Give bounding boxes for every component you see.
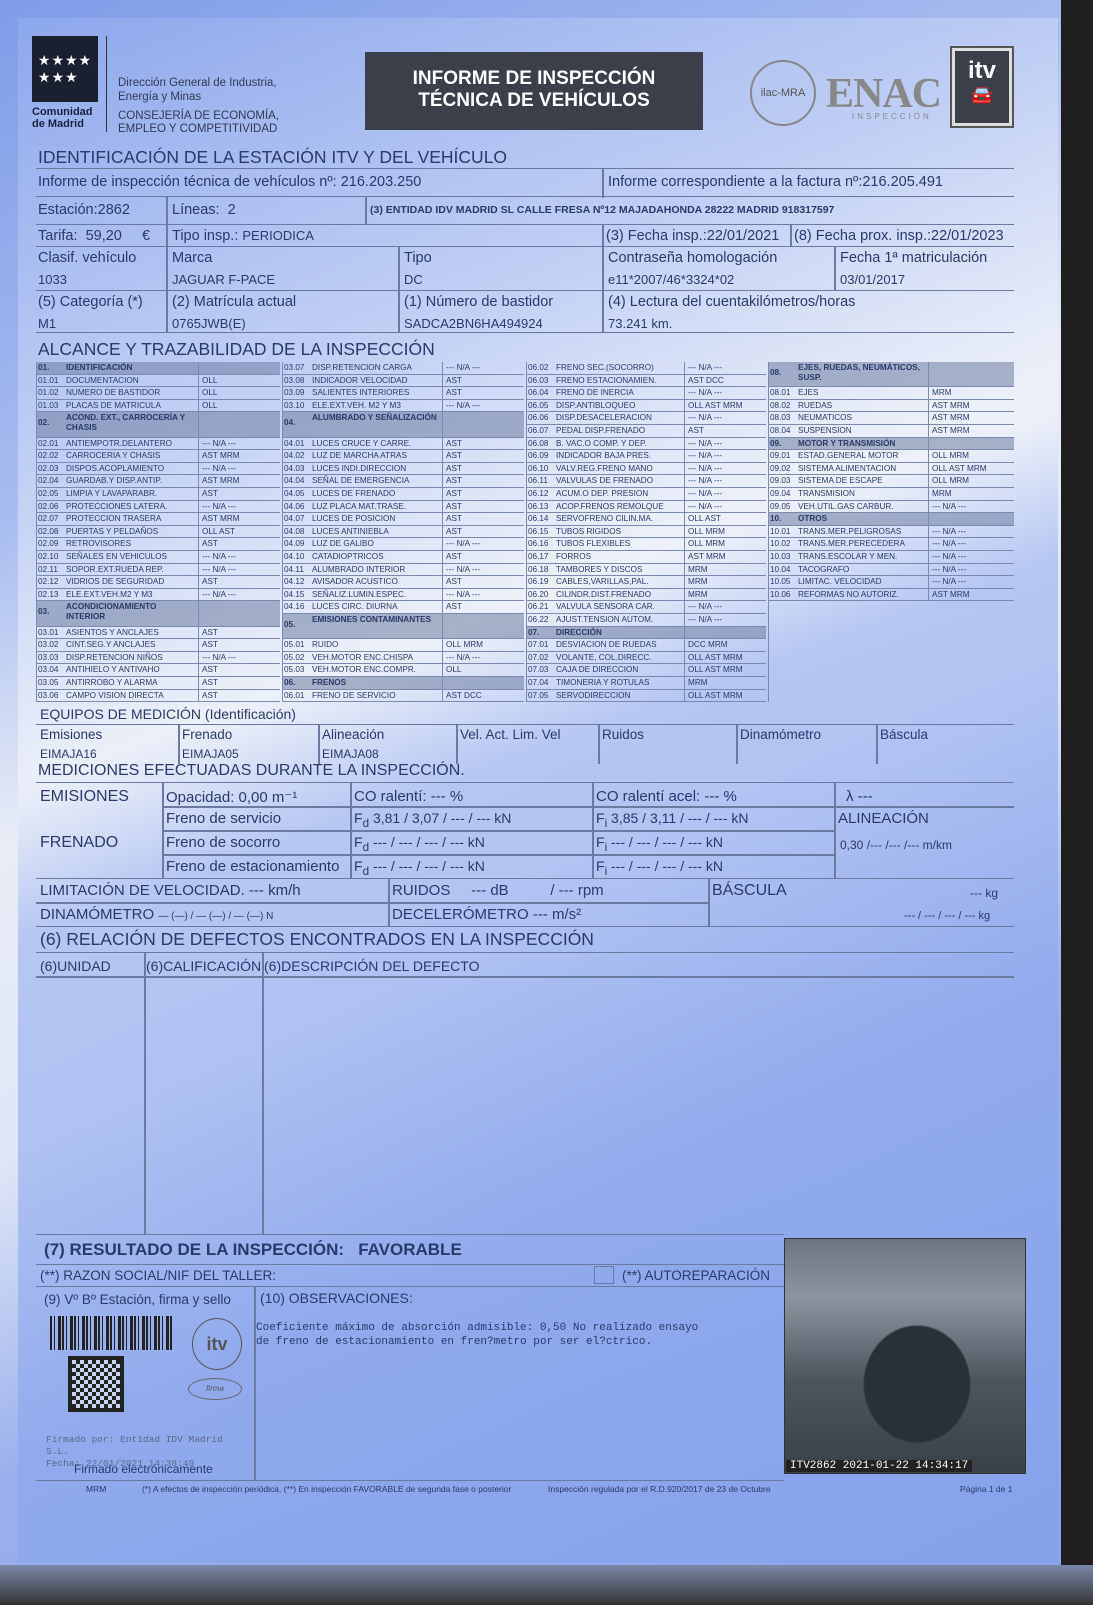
- scope-group-header: 01.IDENTIFICACIÓN: [36, 362, 280, 375]
- divider: [442, 690, 443, 702]
- scope-group-header: 08.EJES, RUEDAS, NEUMÁTICOS, SUSP.: [768, 362, 1014, 387]
- scope-item-code: 06.21: [528, 601, 549, 614]
- scope-item: 06.15TUBOS RIGIDOSOLL MRM: [526, 526, 766, 539]
- scope-item-result: AST: [202, 576, 218, 589]
- divider: [684, 627, 685, 639]
- barcode: [50, 1316, 174, 1350]
- scope-item-code: 10.02: [770, 538, 791, 551]
- scope-item: 05.01RUIDOOLL MRM: [282, 639, 524, 652]
- scope-item-code: 04.12: [284, 576, 305, 589]
- scope-item-label: SUSPENSION: [798, 425, 852, 438]
- scope-item-result: AST: [202, 690, 218, 703]
- emergency-brake-label: Freno de socorro: [166, 834, 280, 851]
- scope-item-result: --- N/A ---: [932, 576, 966, 589]
- divider: [442, 576, 443, 588]
- scope-item-result: OLL MRM: [932, 450, 969, 463]
- divider: [254, 1286, 256, 1480]
- divider: [928, 425, 929, 437]
- scope-item-code: 06.: [284, 677, 295, 690]
- scope-item: 06.04FRENO DE INERCIA--- N/A ---: [526, 387, 766, 400]
- scope-item-label: DOCUMENTACION: [66, 375, 139, 388]
- equipment-top-border: [36, 724, 1014, 725]
- scope-item-code: 07.02: [528, 652, 549, 665]
- identification-row-2: [36, 196, 1014, 197]
- scope-item-result: AST: [446, 576, 462, 589]
- first-registration-value: 03/01/2017: [840, 272, 905, 287]
- divider: [684, 488, 685, 500]
- scope-item: 06.14SERVOFRENO CILIN.MA.OLL AST: [526, 513, 766, 526]
- scope-item-result: --- N/A ---: [688, 475, 722, 488]
- divider: [36, 362, 37, 702]
- invoice-number: Informe correspondiente a la factura nº:…: [608, 174, 943, 190]
- scope-group-header: 05.EMISIONES CONTAMINANTES: [282, 614, 524, 639]
- scope-item-code: 10.05: [770, 576, 791, 589]
- scope-item-code: 04.01: [284, 438, 305, 451]
- document-title: INFORME DE INSPECCIÓNTÉCNICA DE VEHÍCULO…: [365, 52, 703, 130]
- scope-item-result: --- N/A ---: [202, 501, 236, 514]
- divider: [684, 576, 685, 588]
- divider: [198, 538, 199, 550]
- scope-item-result: --- N/A ---: [688, 601, 722, 614]
- scope-item-code: 02.08: [38, 526, 59, 539]
- meas-border: [36, 878, 1014, 879]
- self-repair-checkbox[interactable]: [594, 1266, 614, 1284]
- divider: [198, 526, 199, 538]
- photo-bottom-shadow: [0, 1565, 1093, 1605]
- scope-item-result: --- N/A ---: [688, 614, 722, 627]
- scope-item: 04.06LUZ PLACA MAT.TRASE.AST: [282, 501, 524, 514]
- divider: [198, 664, 199, 676]
- scope-item-label: SOPOR.EXT.RUEDA REP.: [66, 564, 164, 577]
- scope-item-code: 06.17: [528, 551, 549, 564]
- equipment-label: Báscula: [880, 727, 928, 742]
- divider: [198, 488, 199, 500]
- scope-item-code: 02.13: [38, 589, 59, 602]
- scope-item: 04.03LUCES INDI.DIRECCIONAST: [282, 463, 524, 476]
- scope-item-label: VIDRIOS DE SEGURIDAD: [66, 576, 164, 589]
- divider: [928, 526, 929, 538]
- scope-item-code: 06.18: [528, 564, 549, 577]
- divider: [442, 614, 443, 638]
- scope-item: 03.06CAMPO VISION DIRECTAAST: [36, 690, 280, 703]
- emergency-brake-fi: Fi --- / --- / --- / --- kN: [596, 834, 723, 854]
- scope-item-code: 09.03: [770, 475, 791, 488]
- first-registration-label: Fecha 1ª matriculación: [840, 250, 987, 266]
- scope-item-code: 10.01: [770, 526, 791, 539]
- result-status: FAVORABLE: [358, 1240, 462, 1259]
- scope-item-result: AST: [446, 463, 462, 476]
- divider: [602, 224, 604, 332]
- scope-item-label: TUBOS RIGIDOS: [556, 526, 621, 539]
- scope-item-code: 06.10: [528, 463, 549, 476]
- scope-item-code: 09.04: [770, 488, 791, 501]
- type-value: DC: [404, 272, 423, 287]
- divider: [198, 387, 199, 399]
- scope-item-result: OLL AST MRM: [688, 690, 743, 703]
- scope-item-code: 06.06: [528, 412, 549, 425]
- scope-item-code: 09.05: [770, 501, 791, 514]
- scope-item-result: AST MRM: [932, 400, 970, 413]
- category-label: (5) Categoría (*): [38, 294, 143, 310]
- divider: [198, 551, 199, 563]
- divider: [198, 690, 199, 702]
- scope-item-label: VALV.REG.FRENO MANO: [556, 463, 653, 476]
- scope-item-label: RETROVISORES: [66, 538, 131, 551]
- divider: [442, 538, 443, 550]
- scope-group-header: 03.ACONDICIONAMIENTO INTERIOR: [36, 601, 280, 626]
- scope-item-code: 06.11: [528, 475, 548, 488]
- scope-item-label: ACOP.FRENOS REMOLQUE: [556, 501, 664, 514]
- scope-item-code: 09.02: [770, 463, 791, 476]
- divider: [162, 806, 1014, 808]
- scope-item-code: 03.07: [284, 362, 305, 375]
- scope-item-label: PROTECCIONES LATERA.: [66, 501, 167, 514]
- scope-item-result: --- N/A ---: [688, 362, 722, 375]
- alignment-value: 0,30 /--- /--- /--- m/km: [840, 838, 952, 852]
- scope-item-result: MRM: [688, 589, 708, 602]
- scope-item-label: ELE.EXT.VEH.M2 Y M3: [66, 589, 153, 602]
- scope-item-label: TACOGRAFO: [798, 564, 849, 577]
- divider: [198, 501, 199, 513]
- emissions-label: EMISIONES: [40, 788, 129, 806]
- inspection-date: (3) Fecha insp.:22/01/2021: [606, 228, 779, 244]
- divider: [198, 576, 199, 588]
- scope-item-code: 03.03: [38, 652, 59, 665]
- alignment-label: ALINEACIÓN: [838, 810, 929, 827]
- qr-code[interactable]: [68, 1356, 124, 1412]
- scope-item-code: 02.04: [38, 475, 59, 488]
- divider: [790, 224, 792, 246]
- scope-item-code: 03.02: [38, 639, 59, 652]
- identification-bottom-border: [36, 332, 1014, 333]
- scope-item-label: CAMPO VISION DIRECTA: [66, 690, 164, 703]
- result-border: [36, 1264, 784, 1265]
- divider: [684, 551, 685, 563]
- scope-item-result: AST DCC: [446, 690, 482, 703]
- divider: [198, 438, 199, 450]
- lines: Líneas: 2: [172, 202, 236, 218]
- scope-item-result: OLL: [202, 375, 217, 388]
- scope-item-code: 02.11: [38, 564, 58, 577]
- scope-item-label: AJUST.TENSION AUTOM.: [556, 614, 653, 627]
- scope-item: 06.03FRENO ESTACIONAMIEN.AST DCC: [526, 375, 766, 388]
- co-idle-accel-value: CO ralentí acel: --- %: [596, 788, 737, 805]
- scope-item-code: 06.09: [528, 450, 549, 463]
- scope-item-label: FRENOS: [312, 677, 346, 690]
- divider: [442, 664, 443, 676]
- scope-item-label: AVISADOR ACUSTICO: [312, 576, 398, 589]
- scope-item-result: AST: [446, 513, 462, 526]
- equipment-label: Frenado: [182, 727, 232, 742]
- scope-item-result: AST: [446, 551, 462, 564]
- divider: [928, 513, 929, 525]
- scope-item-label: DISP.DESACELERACION: [556, 412, 652, 425]
- scope-item-code: 03.05: [38, 677, 59, 690]
- brand-label: Marca: [172, 250, 212, 266]
- scope-item: 09.03SISTEMA DE ESCAPEOLL MRM: [768, 475, 1014, 488]
- scope-item-result: MRM: [932, 387, 952, 400]
- divider: [198, 627, 199, 639]
- divider: [684, 475, 685, 487]
- scope-item-label: SISTEMA ALIMENTACION: [798, 463, 896, 476]
- divider: [928, 438, 929, 450]
- scope-item-label: DISP.RETENCION NIÑOS: [66, 652, 163, 665]
- scope-item: 04.05LUCES DE FRENADOAST: [282, 488, 524, 501]
- scope-item-code: 06.20: [528, 589, 549, 602]
- defects-section-title: (6) RELACIÓN DE DEFECTOS ENCONTRADOS EN …: [40, 929, 594, 950]
- scope-item-code: 01.01: [38, 375, 59, 388]
- divider: [928, 501, 929, 513]
- scope-item-label: SEÑALIZ.LUMIN.ESPEC.: [312, 589, 406, 602]
- scope-item-result: OLL: [202, 400, 217, 413]
- divider: [166, 196, 168, 224]
- scope-item-result: OLL: [202, 387, 217, 400]
- scope-item-label: LIMPIA Y LAVAPARABR.: [66, 488, 157, 501]
- scope-item: 06.17FORROSAST MRM: [526, 551, 766, 564]
- scope-item: 02.06PROTECCIONES LATERA.--- N/A ---: [36, 501, 280, 514]
- scope-item-label: FRENO ESTACIONAMIEN.: [556, 375, 656, 388]
- scope-item-label: CILINDR.DIST.FRENADO: [556, 589, 651, 602]
- divider: [684, 589, 685, 601]
- scope-item: 03.10ELE.EXT.VEH. M2 Y M3--- N/A ---: [282, 400, 524, 413]
- divider: [684, 513, 685, 525]
- scope-item: 06.05DISP.ANTIBLOQUEOOLL AST MRM: [526, 400, 766, 413]
- divider: [262, 952, 264, 1234]
- divider: [198, 601, 199, 625]
- station-stamp: itv: [192, 1318, 242, 1370]
- divider: [928, 450, 929, 462]
- scope-item-code: 02.02: [38, 450, 59, 463]
- divider: [442, 677, 443, 689]
- equipment-id: EIMAJA16: [40, 747, 97, 761]
- divider: [928, 589, 929, 601]
- divider: [684, 501, 685, 513]
- scope-item: 10.03TRANS.ESCOLAR Y MEN.--- N/A ---: [768, 551, 1014, 564]
- scope-item: 09.01ESTAD.GENERAL MOTOROLL MRM: [768, 450, 1014, 463]
- scope-item-label: RUIDO: [312, 639, 338, 652]
- scope-item: 03.04ANTIHIELO Y ANTIVAHOAST: [36, 664, 280, 677]
- divider: [684, 463, 685, 475]
- scope-group-header: 02.ACOND. EXT., CARROCERÍA Y CHASIS: [36, 412, 280, 437]
- scope-item: 04.08LUCES ANTINIEBLAAST: [282, 526, 524, 539]
- scope-item-code: 03.09: [284, 387, 305, 400]
- divider: [198, 652, 199, 664]
- scope-item-result: --- N/A ---: [446, 652, 480, 665]
- scope-item-code: 02.07: [38, 513, 59, 526]
- scope-item-label: SALIENTES INTERIORES: [312, 387, 409, 400]
- dynamometer-value: DINAMÓMETRO — (—) / — (—) / — (—) N: [40, 906, 273, 923]
- scope-item-label: FRENO SEC.(SOCORRO): [556, 362, 654, 375]
- vin-value: SADCA2BN6HA494924: [404, 316, 543, 331]
- scope-item-result: AST: [446, 475, 462, 488]
- scope-item-label: LUCES CIRC. DIURNA: [312, 601, 398, 614]
- scope-item-code: 08.04: [770, 425, 791, 438]
- vehicle-class-value: 1033: [38, 272, 67, 287]
- scope-item-result: --- N/A ---: [446, 362, 480, 375]
- scope-item: 02.02CARROCERIA Y CHASISAST MRM: [36, 450, 280, 463]
- scope-item-label: ANTIRROBO Y ALARMA: [66, 677, 158, 690]
- homologation-value: e11*2007/46*3324*02: [608, 272, 734, 287]
- scope-item-code: 06.15: [528, 526, 549, 539]
- scope-item-label: TRANS.MER.PERECEDERA: [798, 538, 905, 551]
- footer-border: [36, 1480, 784, 1481]
- scope-item: 03.08INDICADOR VELOCIDADAST: [282, 375, 524, 388]
- divider: [198, 375, 199, 387]
- scope-item-code: 06.08: [528, 438, 549, 451]
- identification-section-title: IDENTIFICACIÓN DE LA ESTACIÓN ITV Y DEL …: [38, 147, 507, 168]
- scope-item: 07.04TIMONERIA Y ROTULASMRM: [526, 677, 766, 690]
- scope-item-code: 07.03: [528, 664, 549, 677]
- scope-item-label: LUCES CRUCE Y CARRE.: [312, 438, 411, 451]
- divider: [736, 724, 738, 764]
- signed-by-line-2: S.L.: [46, 1446, 69, 1457]
- scope-item-label: B. VAC.O COMP. Y DEP.: [556, 438, 647, 451]
- divider: [928, 551, 929, 563]
- scope-item-label: LUCES INDI.DIRECCION: [312, 463, 406, 476]
- scope-item-code: 01.02: [38, 387, 59, 400]
- scope-item-label: VEH.MOTOR ENC.COMPR.: [312, 664, 416, 677]
- scope-item-code: 04.: [284, 418, 295, 428]
- scope-item-label: REFORMAS NO AUTORIZ.: [798, 589, 899, 602]
- scope-item-result: OLL AST: [688, 513, 721, 526]
- scope-item-result: --- N/A ---: [202, 463, 236, 476]
- scope-item-label: CABLES,VARILLAS,PAL.: [556, 576, 649, 589]
- scope-item-label: INDICADOR VELOCIDAD: [312, 375, 408, 388]
- divider: [834, 246, 836, 290]
- scope-item: 04.15SEÑALIZ.LUMIN.ESPEC.--- N/A ---: [282, 589, 524, 602]
- scope-group-header: 04.ALUMBRADO Y SEÑALIZACIÓN: [282, 412, 524, 437]
- scope-item-result: AST: [446, 601, 462, 614]
- scope-item-code: 04.15: [284, 589, 305, 602]
- scope-item-code: 03.: [38, 607, 49, 617]
- divider: [928, 538, 929, 550]
- scope-grid: 01.IDENTIFICACIÓN01.01DOCUMENTACIONOLL01…: [36, 362, 1014, 702]
- scope-item-code: 02.01: [38, 438, 59, 451]
- scope-item-label: SEÑAL DE EMERGENCIA: [312, 475, 410, 488]
- scope-item-code: 08.02: [770, 400, 791, 413]
- scope-item: 05.03VEH.MOTOR ENC.COMPR.OLL: [282, 664, 524, 677]
- scope-item: 04.07LUCES DE POSICIONAST: [282, 513, 524, 526]
- brand-value: JAGUAR F-PACE: [172, 272, 275, 287]
- scope-item-code: 02.: [38, 418, 49, 428]
- scope-item-label: ELE.EXT.VEH. M2 Y M3: [312, 400, 401, 413]
- scope-item: 07.03CAJA DE DIRECCIONOLL AST MRM: [526, 664, 766, 677]
- divider: [684, 652, 685, 664]
- divider: [442, 412, 443, 436]
- scope-item-result: OLL AST MRM: [688, 664, 743, 677]
- scope-item: 09.04TRANSMISIONMRM: [768, 488, 1014, 501]
- divider: [442, 639, 443, 651]
- divider: [398, 246, 400, 332]
- scope-item-label: TUBOS FLEXIBLES: [556, 538, 630, 551]
- scope-item-label: TIMONERIA Y ROTULAS: [556, 677, 649, 690]
- scope-item-code: 09.01: [770, 450, 791, 463]
- scope-item-label: EMISIONES CONTAMINANTES: [312, 615, 442, 625]
- scope-item-result: --- N/A ---: [932, 564, 966, 577]
- meas-border: [36, 782, 1014, 783]
- divider: [768, 362, 769, 702]
- ilac-mra-logo: ilac-MRA: [750, 60, 816, 126]
- scope-item: 02.10SEÑALES EN VEHICULOS--- N/A ---: [36, 551, 280, 564]
- equipment-label: Alineación: [322, 727, 384, 742]
- scope-item-code: 04.11: [284, 564, 304, 577]
- scope-item: 06.13ACOP.FRENOS REMOLQUE--- N/A ---: [526, 501, 766, 514]
- divider: [928, 412, 929, 424]
- scope-item-result: AST: [202, 677, 218, 690]
- scope-item: 02.13ELE.EXT.VEH.M2 Y M3--- N/A ---: [36, 589, 280, 602]
- scope-item-code: 03.06: [38, 690, 59, 703]
- scope-item-code: 04.06: [284, 501, 305, 514]
- divider: [442, 463, 443, 475]
- scope-item-code: 06.14: [528, 513, 549, 526]
- scope-item-code: 04.04: [284, 475, 305, 488]
- scope-item-label: FORROS: [556, 551, 591, 564]
- scope-item-result: AST MRM: [932, 425, 970, 438]
- vehicle-class-label: Clasif. vehículo: [38, 250, 136, 266]
- scope-item-result: OLL AST MRM: [688, 400, 743, 413]
- scope-item-label: SERVOFRENO CILIN.MA.: [556, 513, 653, 526]
- speed-limit-value: LIMITACIÓN DE VELOCIDAD. --- km/h: [40, 882, 301, 899]
- plate-value: 0765JWB(E): [172, 316, 246, 331]
- scope-item-code: 04.03: [284, 463, 305, 476]
- scope-item-label: PUERTAS Y PELDAÑOS: [66, 526, 158, 539]
- divider: [198, 677, 199, 689]
- directorate-name: Dirección General de Industria,Energía y…: [118, 76, 277, 104]
- equipment-label: Dinamómetro: [740, 727, 821, 742]
- footer-page: Página 1 de 1: [960, 1484, 1012, 1494]
- scope-item-result: AST: [202, 488, 218, 501]
- divider: [442, 513, 443, 525]
- divider: [928, 564, 929, 576]
- result-border: [36, 1286, 784, 1287]
- scope-item: 06.09INDICADOR BAJA PRES.--- N/A ---: [526, 450, 766, 463]
- scope-item-label: TRANSMISION: [798, 488, 855, 501]
- scope-item: 06.08B. VAC.O COMP. Y DEP.--- N/A ---: [526, 438, 766, 451]
- scope-item-label: DISP.RETENCION CARGA: [312, 362, 412, 375]
- service-brake-fd: Fd 3,81 / 3,07 / --- / --- kN: [354, 810, 511, 830]
- divider: [442, 551, 443, 563]
- divider: [684, 601, 685, 613]
- scope-item-label: SISTEMA DE ESCAPE: [798, 475, 883, 488]
- scope-item: 06.12ACUM.O DEP. PRESION--- N/A ---: [526, 488, 766, 501]
- scope-item-result: OLL MRM: [688, 526, 725, 539]
- ministry-name: CONSEJERÍA DE ECONOMÍA,EMPLEO Y COMPETIT…: [118, 110, 279, 136]
- scope-item-label: MOTOR Y TRANSMISIÓN: [798, 438, 895, 451]
- scope-item-label: LIMITAC. VELOCIDAD: [798, 576, 882, 589]
- divider: [198, 513, 199, 525]
- signature: firma: [188, 1378, 242, 1400]
- divider: [442, 387, 443, 399]
- divider: [684, 677, 685, 689]
- self-repair-label: (**) AUTOREPARACIÓN: [622, 1268, 770, 1283]
- scope-item-code: 04.09: [284, 538, 305, 551]
- scope-item-result: AST: [202, 538, 218, 551]
- divider: [442, 475, 443, 487]
- scope-item: 02.09RETROVISORESAST: [36, 538, 280, 551]
- scope-item-label: NUMERO DE BASTIDOR: [66, 387, 160, 400]
- divider: [162, 854, 834, 856]
- scope-item: 06.11VALVULAS DE FRENADO--- N/A ---: [526, 475, 766, 488]
- divider: [442, 488, 443, 500]
- divider: [928, 362, 929, 386]
- scope-item-code: 02.12: [38, 576, 59, 589]
- scope-item-result: AST: [202, 664, 218, 677]
- scope-item-label: ACONDICIONAMIENTO INTERIOR: [66, 602, 196, 622]
- observations-line-1: Coeficiente máximo de absorción admisibl…: [256, 1322, 698, 1334]
- scope-item: 04.02LUZ DE MARCHA ATRASAST: [282, 450, 524, 463]
- scope-item: 05.02VEH.MOTOR ENC.CHISPA--- N/A ---: [282, 652, 524, 665]
- scope-item: 04.12AVISADOR ACUSTICOAST: [282, 576, 524, 589]
